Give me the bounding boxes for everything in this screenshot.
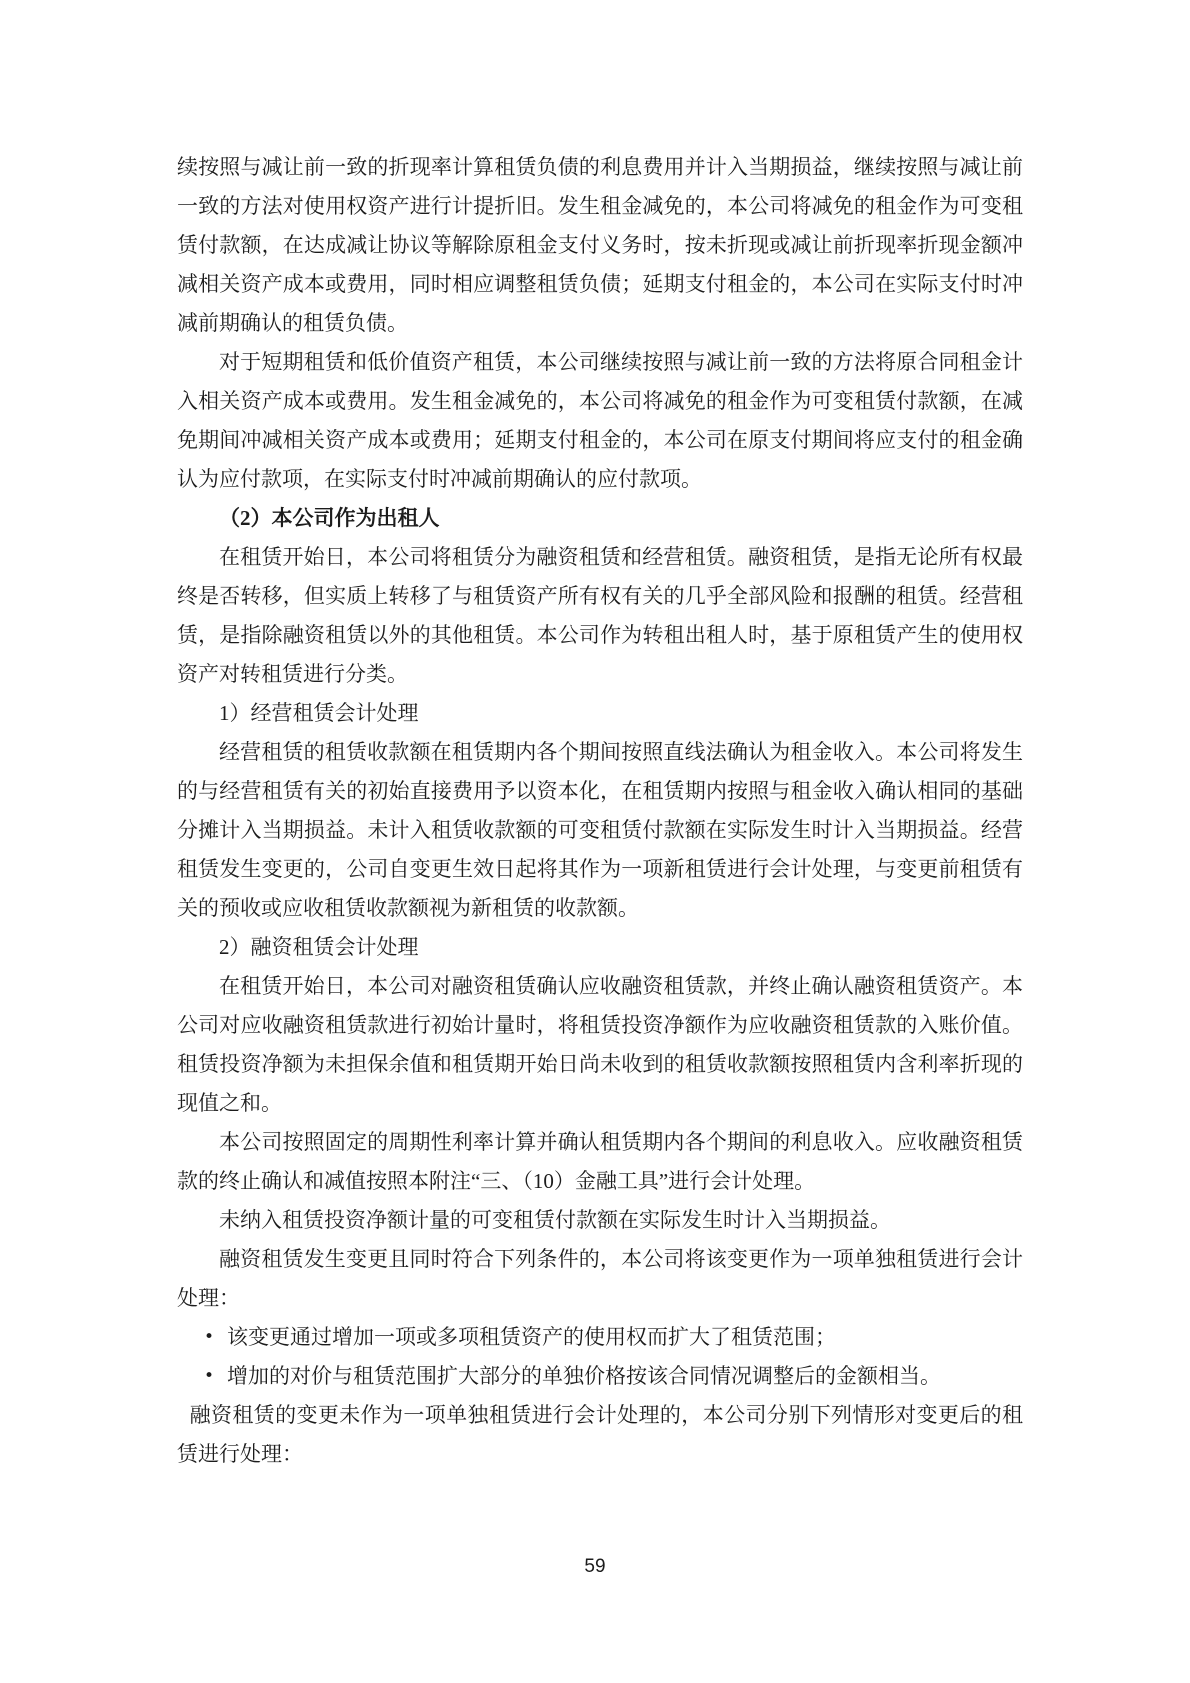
paragraph-modification-not-separate: 融资租赁的变更未作为一项单独租赁进行会计处理的，本公司分别下列情形对变更后的租赁… — [177, 1396, 1023, 1474]
bullet-text: 增加的对价与租赁范围扩大部分的单独价格按该合同情况调整后的金额相当。 — [227, 1364, 941, 1388]
paragraph-modification-intro: 融资租赁发生变更且同时符合下列条件的，本公司将该变更作为一项单独租赁进行会计处理… — [177, 1240, 1023, 1318]
bullet-icon: • — [204, 1357, 214, 1396]
bullet-text: 该变更通过增加一项或多项租赁资产的使用权而扩大了租赁范围； — [227, 1325, 836, 1349]
paragraph-variable-payments: 未纳入租赁投资净额计量的可变租赁付款额在实际发生时计入当期损益。 — [177, 1201, 1023, 1240]
section-heading-lessor: （2）本公司作为出租人 — [177, 499, 1023, 538]
paragraph-short-term-low-value: 对于短期租赁和低价值资产租赁，本公司继续按照与减让前一致的方法将原合同租金计入相… — [177, 343, 1023, 499]
page-body: 续按照与减让前一致的折现率计算租赁负债的利息费用并计入当期损益，继续按照与减让前… — [177, 148, 1023, 1474]
bullet-item: • 增加的对价与租赁范围扩大部分的单独价格按该合同情况调整后的金额相当。 — [177, 1357, 1023, 1396]
document-page: 续按照与减让前一致的折现率计算租赁负债的利息费用并计入当期损益，继续按照与减让前… — [0, 0, 1190, 1683]
subheading-finance-lease: 2）融资租赁会计处理 — [177, 928, 1023, 967]
paragraph-operating-lease-accounting: 经营租赁的租赁收款额在租赁期内各个期间按照直线法确认为租金收入。本公司将发生的与… — [177, 733, 1023, 928]
paragraph-finance-lease-initial: 在租赁开始日，本公司对融资租赁确认应收融资租赁款，并终止确认融资租赁资产。本公司… — [177, 967, 1023, 1123]
page-number: 59 — [0, 1556, 1190, 1578]
bullet-item: • 该变更通过增加一项或多项租赁资产的使用权而扩大了租赁范围； — [177, 1318, 1023, 1357]
paragraph-interest-income: 本公司按照固定的周期性利率计算并确认租赁期内各个期间的利息收入。应收融资租赁款的… — [177, 1123, 1023, 1201]
paragraph-lease-liability-continuation: 续按照与减让前一致的折现率计算租赁负债的利息费用并计入当期损益，继续按照与减让前… — [177, 148, 1023, 343]
paragraph-lease-classification: 在租赁开始日，本公司将租赁分为融资租赁和经营租赁。融资租赁，是指无论所有权最终是… — [177, 538, 1023, 694]
bullet-icon: • — [204, 1318, 214, 1357]
subheading-operating-lease: 1）经营租赁会计处理 — [177, 694, 1023, 733]
